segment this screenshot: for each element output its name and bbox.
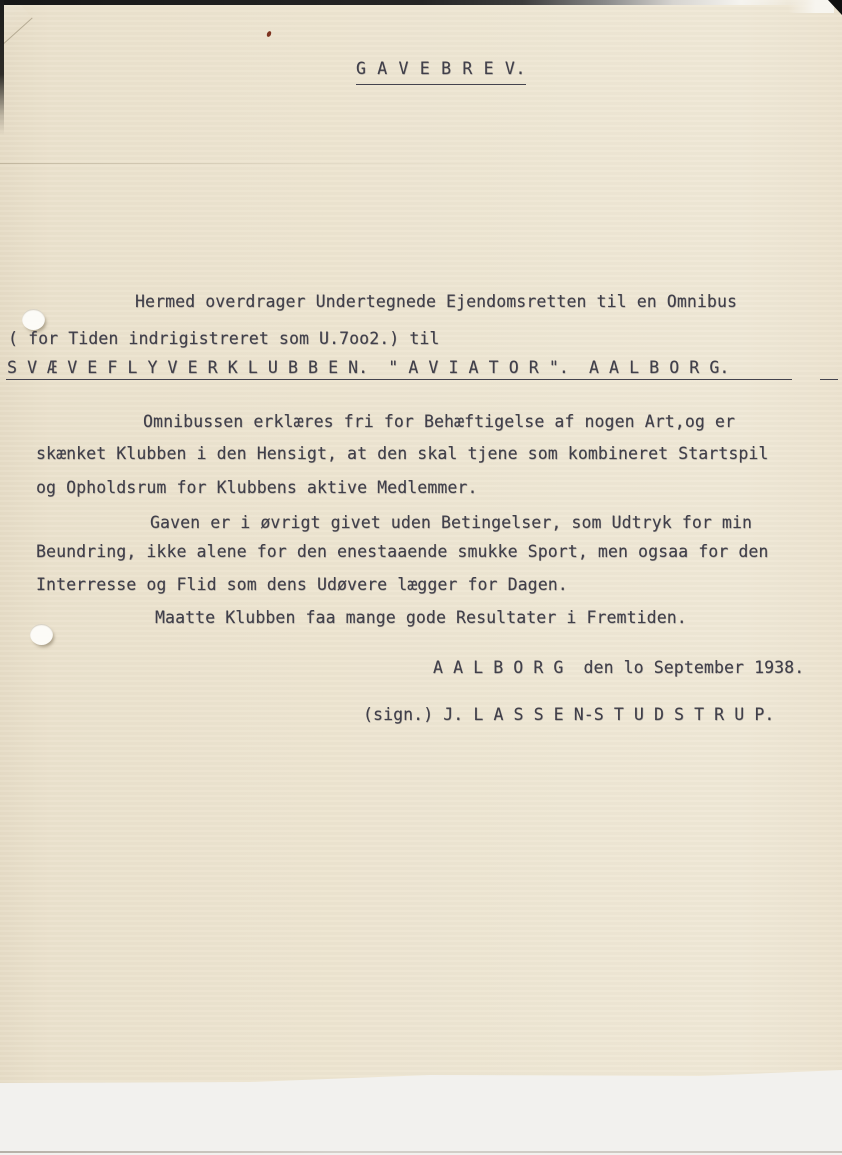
text-line-beundring: Beundring, ikke alene for den enestaaend…	[36, 544, 768, 561]
text-line-place-date: A A L B O R G den lo September 1938.	[433, 660, 804, 677]
horizontal-crease	[0, 163, 520, 164]
text-line-opholdsrum: og Opholdsrum for Klubbens aktive Medlem…	[36, 480, 478, 497]
text-line-interresse: Interresse og Flid som dens Udøvere lægg…	[36, 577, 568, 594]
scan-bottom-line	[0, 1151, 842, 1153]
scanner-corner-shadow	[828, 0, 842, 15]
club-name-underline-dash	[820, 379, 838, 380]
text-line-maatte: Maatte Klubben faa mange gode Resultater…	[155, 610, 687, 627]
document-title: G A V E B R E V.	[356, 61, 526, 85]
text-line-omnibussen: Omnibussen erklæres fri for Behæftigelse…	[143, 414, 735, 431]
punch-hole-top	[22, 309, 45, 330]
text-line-hermed: Hermed overdrager Undertegnede Ejendomsr…	[135, 294, 737, 311]
text-line-registration: ( for Tiden indrigistreret som U.7oo2.) …	[8, 331, 439, 348]
text-line-signature: (sign.) J. L A S S E N-S T U D S T R U P…	[363, 707, 774, 724]
club-name-underline	[6, 379, 792, 380]
punch-hole-bottom	[30, 624, 53, 645]
scanner-edge-top	[0, 0, 842, 5]
scanned-document: G A V E B R E V. Hermed overdrager Under…	[0, 0, 842, 1155]
scanner-edge-left	[0, 0, 4, 135]
text-line-skaenket: skænket Klubben i den Hensigt, at den sk…	[36, 446, 768, 463]
text-line-gaven: Gaven er i øvrigt givet uden Betingelser…	[150, 515, 752, 532]
text-line-club-name: S V Æ V E F L Y V E R K L U B B E N. " A…	[7, 360, 729, 377]
